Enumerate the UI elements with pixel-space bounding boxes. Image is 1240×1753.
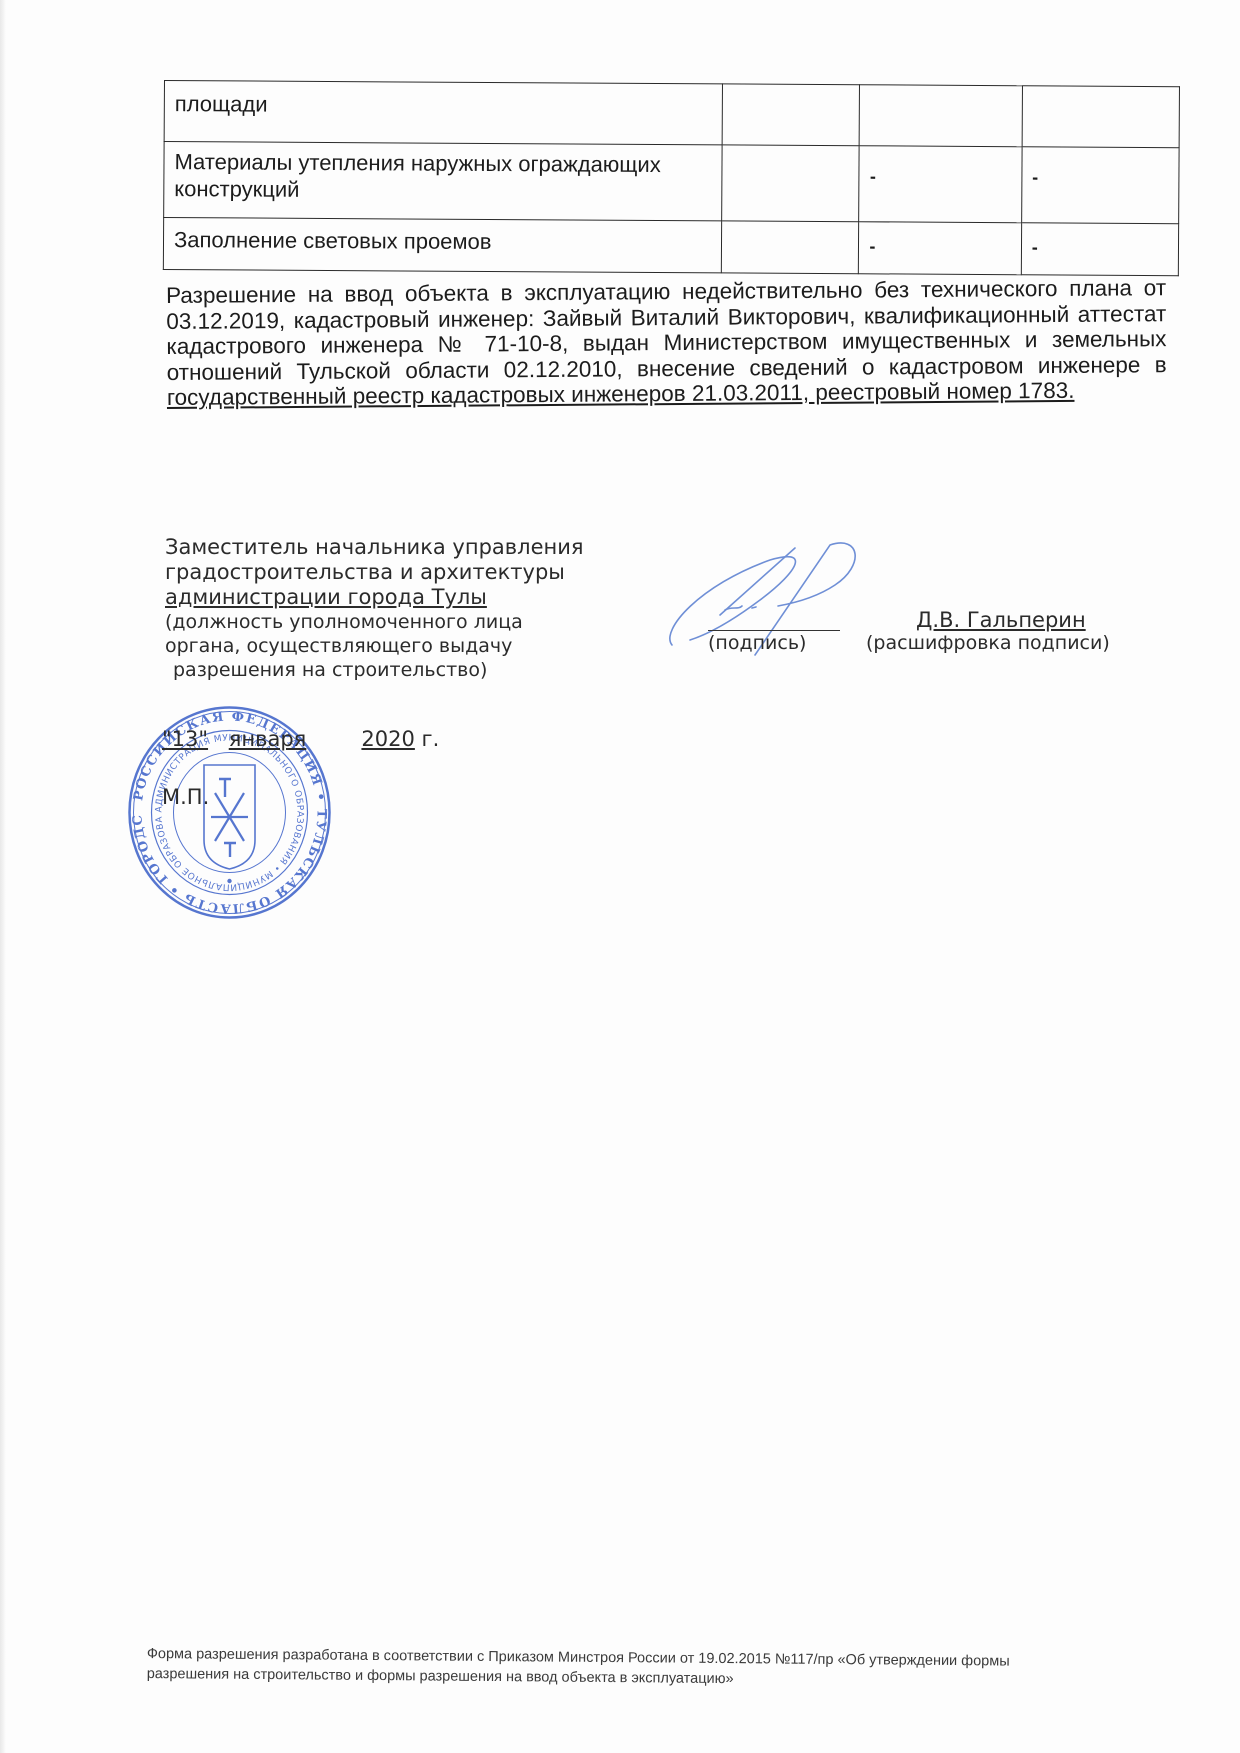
page-edge <box>0 0 6 1753</box>
row-cell: - <box>1021 147 1179 224</box>
validity-note: Разрешение на ввод объекта в эксплуатаци… <box>166 275 1167 410</box>
row-cell: - <box>859 146 1022 223</box>
date-year: 2020 <box>361 727 414 751</box>
position-organization: администрации города Тулы <box>165 585 625 610</box>
signature-block: (подпись) Д.В. Гальперин (расшифровка по… <box>660 540 1120 680</box>
row-cell <box>723 84 860 146</box>
row-cell <box>860 85 1023 147</box>
row-cell <box>722 221 859 274</box>
row-label: Материалы утепления наружных ограждающих… <box>164 142 723 221</box>
signatory-position: Заместитель начальника управления градос… <box>165 535 625 682</box>
row-cell <box>722 145 860 222</box>
dash-value: - <box>1032 167 1038 188</box>
position-caption: разрешения на строительство) <box>165 658 625 682</box>
dash-value: - <box>1032 237 1038 258</box>
dash-value: - <box>870 166 876 187</box>
dash-value: - <box>869 236 875 257</box>
signature-line <box>708 630 840 631</box>
row-cell: - <box>859 222 1022 275</box>
row-label: площади <box>164 81 723 145</box>
row-cell <box>1022 86 1180 148</box>
row-label: Заполнение световых проемов <box>163 218 722 273</box>
signer-name-caption: (расшифровка подписи) <box>866 632 1110 654</box>
date-month: января <box>215 727 337 751</box>
note-text: Разрешение на ввод объекта в эксплуатаци… <box>166 275 1167 384</box>
date-day: "13" <box>162 727 208 751</box>
position-line: Заместитель начальника управления <box>165 535 625 560</box>
stamp-place-label: М.П. <box>162 785 209 809</box>
signature-caption: (подпись) <box>708 632 806 654</box>
table-row: Материалы утепления наружных ограждающих… <box>164 142 1179 224</box>
position-caption: органа, осуществляющего выдачу <box>165 634 625 658</box>
issue-date: "13" января 2020 г. <box>162 727 439 751</box>
parameters-table: площади Материалы утепления наружных огр… <box>163 80 1180 276</box>
position-line: градостроительства и архитектуры <box>165 560 625 585</box>
table-row: Заполнение световых проемов - - <box>163 218 1178 276</box>
form-footer-note: Форма разрешения разработана в соответст… <box>147 1644 1097 1692</box>
table-row: площади <box>164 81 1179 148</box>
position-caption: (должность уполномоченного лица <box>165 610 625 634</box>
signer-name: Д.В. Гальперин <box>916 608 1086 632</box>
date-suffix: г. <box>415 727 439 751</box>
row-cell: - <box>1021 223 1179 276</box>
